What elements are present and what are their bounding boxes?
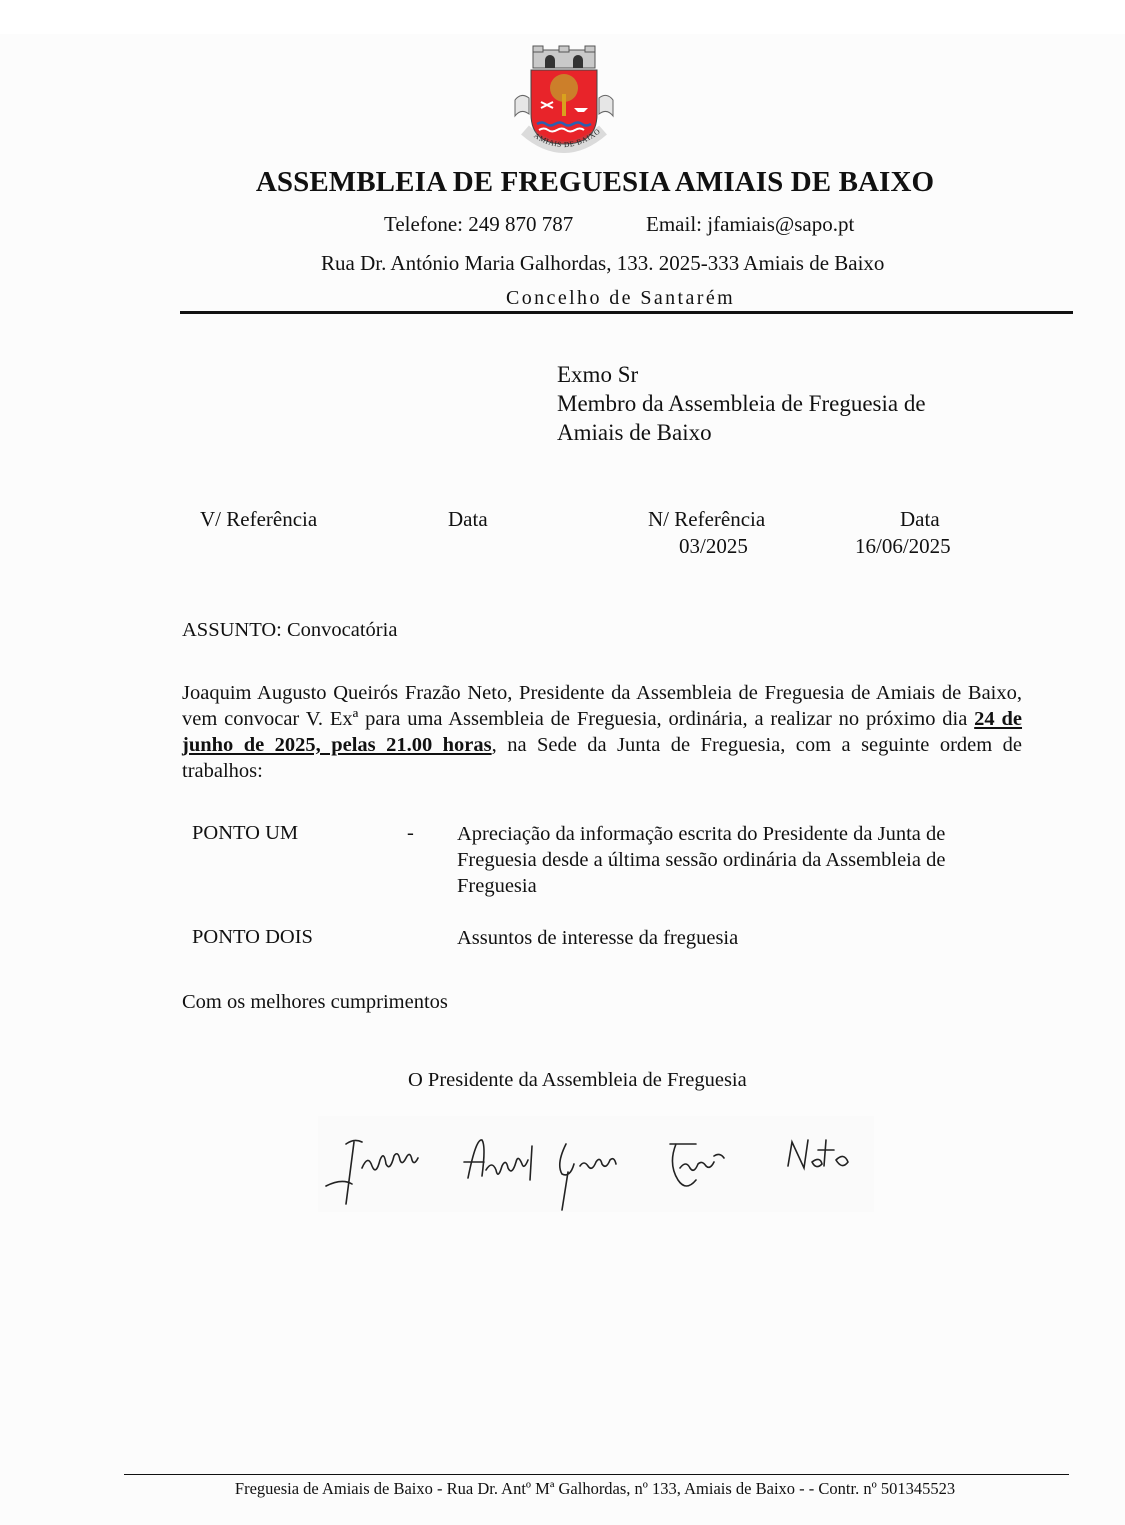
our-date-value: 16/06/2025 (855, 534, 951, 559)
subject-line: ASSUNTO: Convocatória (182, 617, 1022, 643)
recipient-place: Amiais de Baixo (557, 418, 926, 447)
our-date-label: Data (900, 507, 940, 532)
coat-of-arms-icon: AMIAIS DE BAIXO (511, 44, 617, 156)
our-reference-value: 03/2025 (679, 534, 748, 559)
your-reference-label: V/ Referência (200, 507, 317, 532)
agenda-item-1-text: Apreciação da informação escrita do Pres… (457, 821, 1017, 899)
municipality: Concelho de Santarém (506, 287, 735, 310)
agenda-item-2-text: Assuntos de interesse da freguesia (457, 925, 1017, 951)
signature (318, 1116, 874, 1212)
agenda-item-1-label: PONTO UM (192, 822, 298, 845)
email-address: Email: jfamiais@sapo.pt (646, 212, 854, 237)
footer-divider (124, 1474, 1069, 1475)
our-reference-label: N/ Referência (648, 507, 765, 532)
closing-line: Com os melhores cumprimentos (182, 989, 1022, 1015)
signature-icon (318, 1116, 874, 1212)
organization-title: ASSEMBLEIA DE FREGUESIA AMIAIS DE BAIXO (0, 166, 1125, 199)
signatory-title: O Presidente da Assembleia de Freguesia (408, 1067, 1125, 1093)
agenda-item-2-label: PONTO DOIS (192, 926, 313, 949)
your-date-label: Data (448, 507, 488, 532)
convocation-paragraph: Joaquim Augusto Queirós Frazão Neto, Pre… (182, 680, 1022, 784)
paragraph-part-1: Joaquim Augusto Queirós Frazão Neto, Pre… (182, 682, 1022, 730)
recipient-role: Membro da Assembleia de Freguesia de (557, 389, 926, 418)
recipient-block: Exmo Sr Membro da Assembleia de Freguesi… (557, 360, 926, 447)
footer-text: Freguesia de Amiais de Baixo - Rua Dr. A… (0, 1479, 1125, 1499)
header-divider (180, 311, 1073, 314)
recipient-salutation: Exmo Sr (557, 360, 926, 389)
agenda-item-1-dash: - (407, 822, 414, 845)
postal-address: Rua Dr. António Maria Galhordas, 133. 20… (321, 251, 884, 276)
phone-number: Telefone: 249 870 787 (384, 212, 573, 237)
